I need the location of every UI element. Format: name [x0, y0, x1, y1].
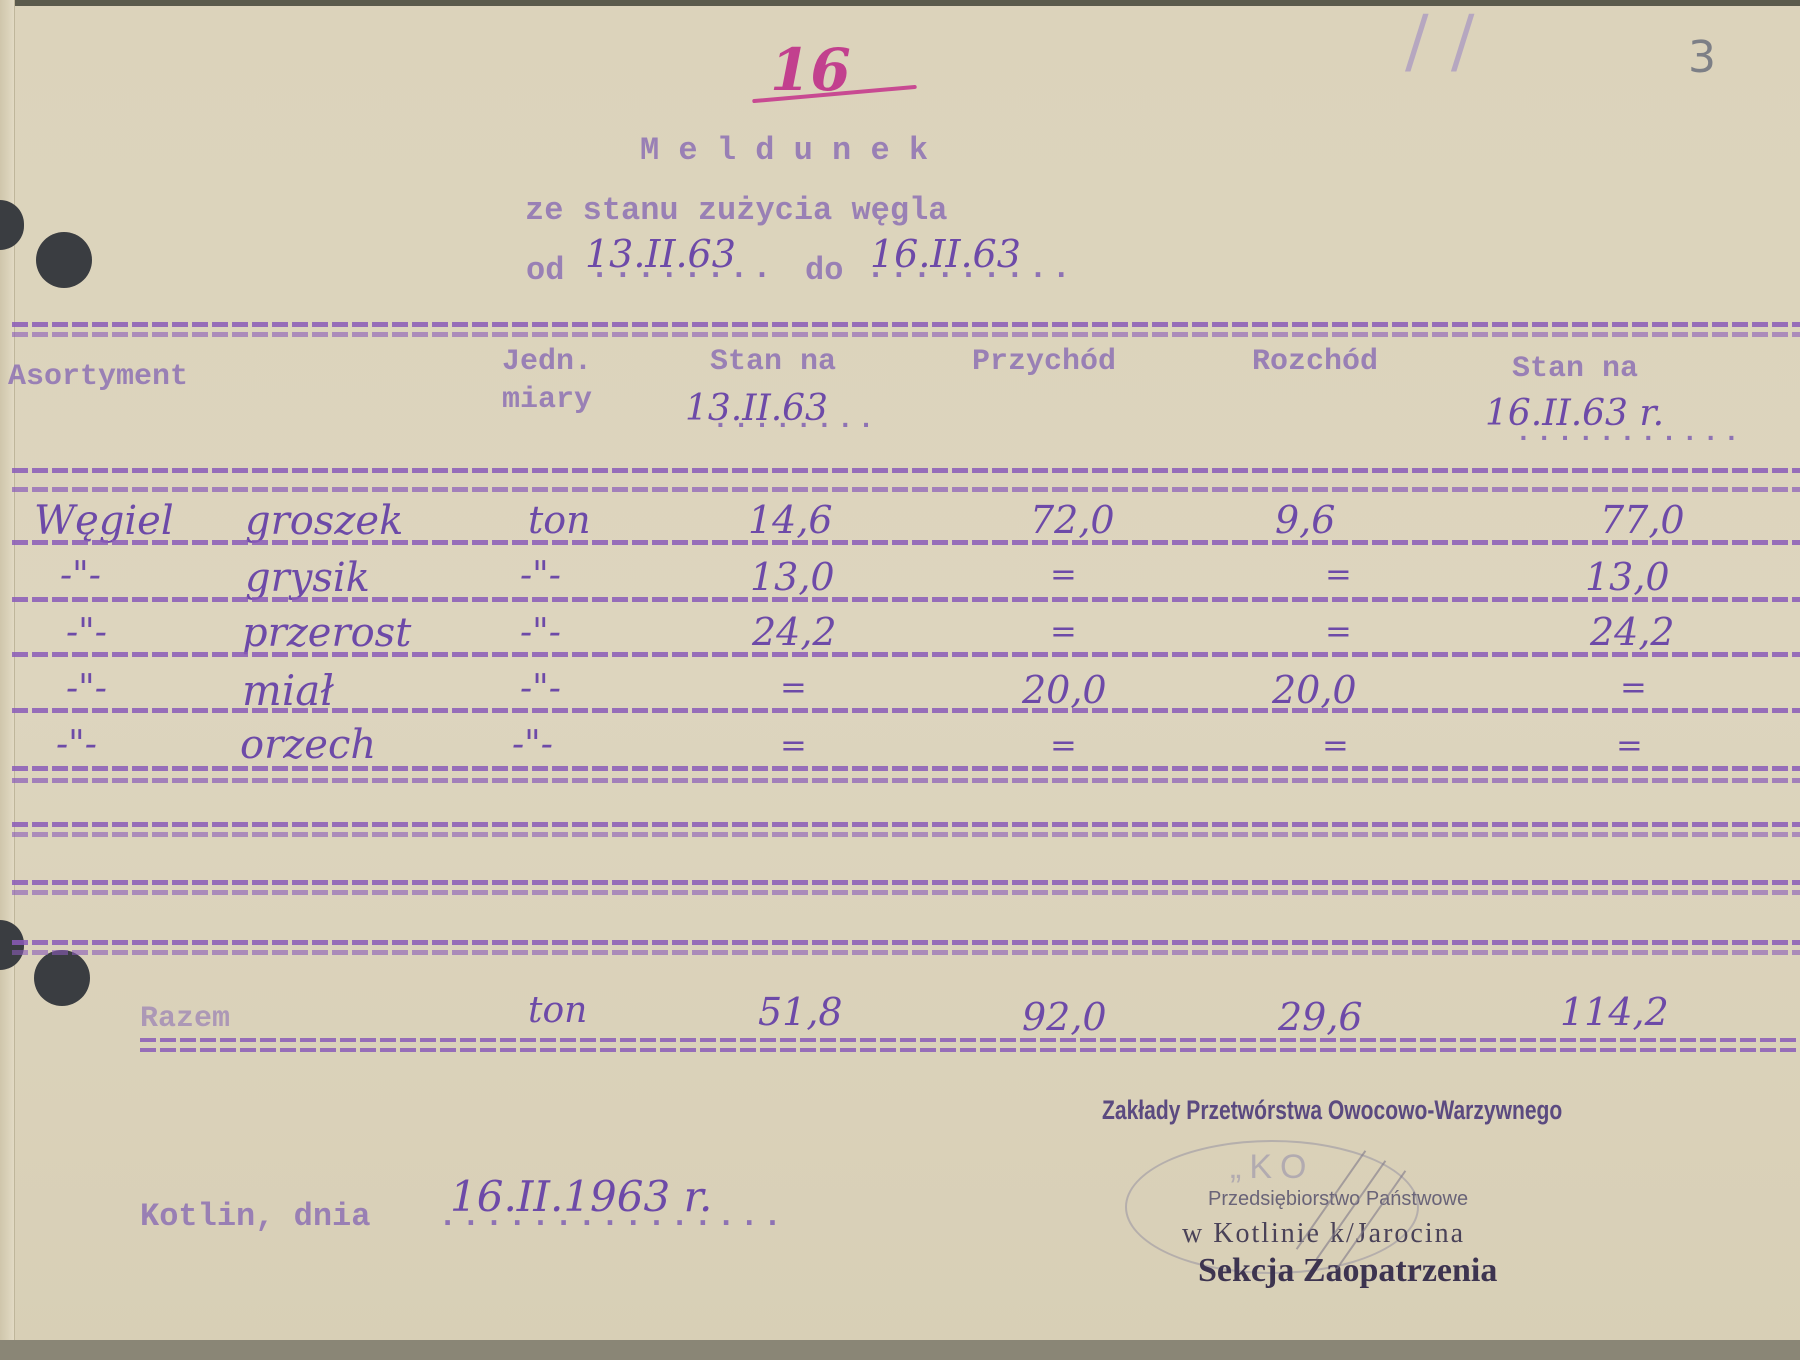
row-unit: -"-: [520, 668, 561, 709]
empty-rule: [12, 832, 1800, 837]
page-number: 3: [1688, 32, 1716, 83]
period-from-label: od: [526, 252, 564, 289]
period-from-value: 13.II.63: [585, 232, 736, 276]
period-to-label: do: [805, 252, 843, 289]
total-closing: 114,2: [1560, 990, 1669, 1034]
row-item: przerost: [242, 610, 411, 656]
row-item: groszek: [245, 498, 403, 544]
row-outgo: 20,0: [1272, 668, 1357, 712]
row-closing: =: [1620, 668, 1647, 706]
total-income: 92,0: [1022, 995, 1107, 1039]
row-income: =: [1050, 612, 1077, 650]
dotted-fill: ........: [712, 405, 878, 436]
col-header-outgo: Rozchód: [1252, 345, 1378, 379]
place-date-label: Kotlin, dnia: [140, 1198, 370, 1235]
period-to-value: 16.II.63: [870, 232, 1021, 276]
total-opening: 51,8: [758, 990, 843, 1034]
col-header-opening: Stan na: [710, 345, 836, 379]
row-closing: 24,2: [1590, 610, 1675, 654]
col-header-unit-line2: miary: [502, 383, 592, 417]
row-opening: =: [780, 668, 807, 706]
header-bottom-rule: [12, 468, 1800, 473]
row-prefix: Węgiel: [34, 498, 174, 544]
row-outgo: 9,6: [1275, 498, 1335, 542]
row-closing: 13,0: [1585, 555, 1670, 599]
row-outgo: =: [1322, 726, 1349, 764]
col-header-income: Przychód: [972, 345, 1116, 379]
document-title: M e l d u n e k: [640, 132, 928, 169]
row-prefix: -"-: [60, 555, 101, 596]
row-rule: [12, 708, 1800, 713]
row-rule: [12, 487, 1800, 492]
empty-rule: [12, 950, 1800, 955]
row-rule: [12, 652, 1800, 657]
total-double-rule: [140, 1038, 1800, 1042]
stamp-line-1: Zakłady Przetwórstwa Owocowo-Warzywnego: [1102, 1095, 1562, 1126]
total-unit: ton: [528, 990, 587, 1031]
row-prefix: -"-: [66, 668, 107, 709]
row-income: 20,0: [1022, 668, 1107, 712]
dotted-fill: ...........: [1515, 418, 1744, 449]
row-outgo: =: [1325, 612, 1352, 650]
faint-corner-mark: / /: [1405, 0, 1474, 82]
place-date-value: 16.II.1963 r.: [450, 1172, 712, 1221]
row-closing: =: [1616, 726, 1643, 764]
scan-top-edge: [0, 0, 1800, 6]
table-top-rule: [12, 322, 1800, 327]
empty-rule: [12, 890, 1800, 895]
col-header-closing: Stan na: [1512, 352, 1638, 386]
row-opening: 24,2: [752, 610, 837, 654]
col-header-unit-line1: Jedn.: [502, 345, 592, 379]
row-item: orzech: [240, 722, 376, 768]
col-header-assortment: Asortyment: [8, 360, 188, 394]
punch-hole-icon: [36, 232, 92, 288]
scan-bottom-edge: [0, 1340, 1800, 1360]
row-rule: [12, 766, 1800, 771]
row-rule: [12, 597, 1800, 602]
empty-rule: [12, 940, 1800, 945]
row-item: grysik: [245, 555, 370, 601]
total-double-rule: [140, 1048, 1800, 1052]
row-closing: 77,0: [1600, 498, 1685, 542]
row-prefix: -"-: [56, 724, 97, 765]
row-unit: ton: [528, 498, 591, 542]
stamp-line-4: Sekcja Zaopatrzenia: [1198, 1252, 1497, 1290]
row-unit: -"-: [520, 612, 561, 653]
row-income: 72,0: [1030, 498, 1115, 542]
row-prefix: -"-: [66, 612, 107, 653]
row-income: =: [1050, 555, 1077, 593]
stamp-oval-text: „KO: [1230, 1148, 1314, 1187]
row-unit: -"-: [512, 724, 553, 765]
row-rule: [12, 540, 1800, 545]
empty-rule: [12, 822, 1800, 827]
row-outgo: =: [1325, 555, 1352, 593]
punch-hole-icon: [34, 950, 90, 1006]
row-income: =: [1050, 726, 1077, 764]
row-opening: 13,0: [750, 555, 835, 599]
row-opening: 14,6: [748, 498, 833, 542]
row-rule: [12, 778, 1800, 783]
document-subtitle: ze stanu zużycia węgla: [525, 192, 947, 229]
empty-rule: [12, 880, 1800, 885]
table-top-rule: [12, 332, 1800, 337]
total-outgo: 29,6: [1278, 995, 1363, 1039]
row-unit: -"-: [520, 555, 561, 596]
row-opening: =: [780, 726, 807, 764]
total-label: Razem: [140, 1002, 230, 1036]
